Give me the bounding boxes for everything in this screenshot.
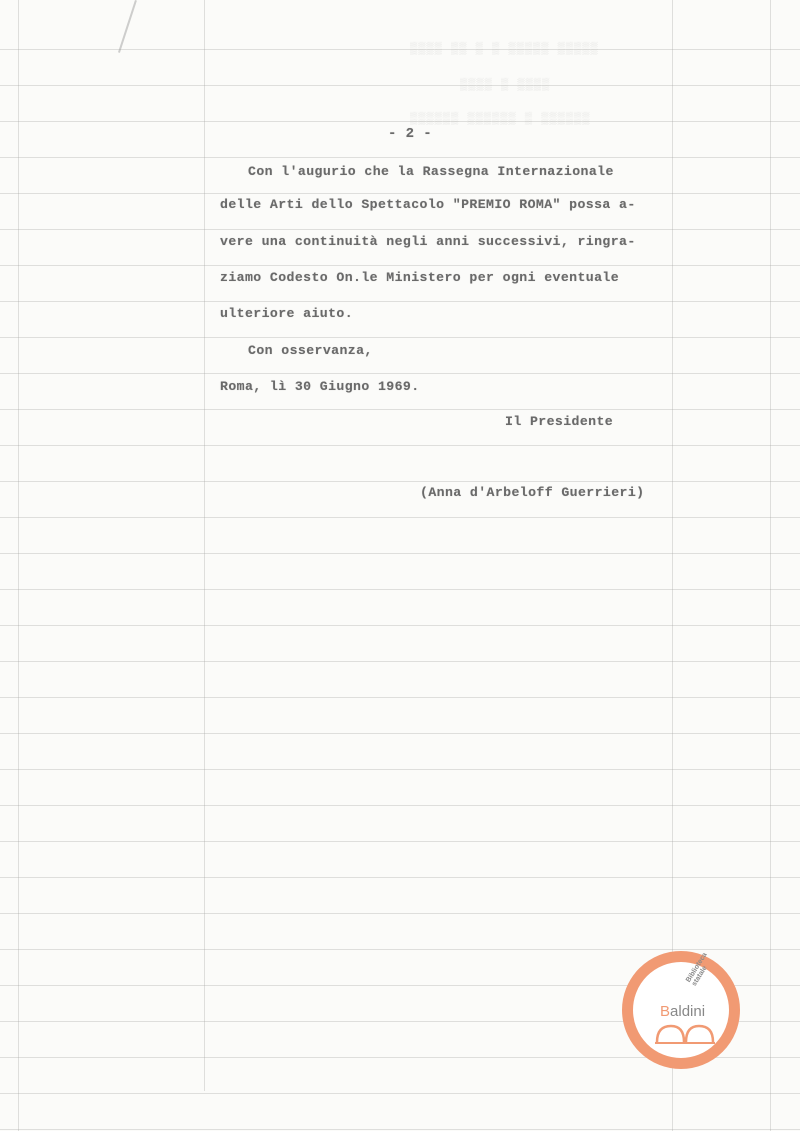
body-line: delle Arti dello Spettacolo "PREMIO ROMA… bbox=[220, 197, 636, 212]
bleed-through-text: ▒▒▒▒ ▒▒ ▒ ▒ ▒▒▒▒▒ ▒▒▒▒▒ bbox=[410, 42, 599, 56]
body-line: vere una continuità negli anni successiv… bbox=[220, 234, 636, 249]
open-book-icon bbox=[655, 1022, 715, 1044]
signature-title: Il Presidente bbox=[505, 414, 613, 429]
bleed-through-text: ▒▒▒▒ ▒ ▒▒▒▒ bbox=[460, 78, 550, 92]
closing-salutation: Con osservanza, bbox=[248, 343, 373, 358]
signature-name: (Anna d'Arbeloff Guerrieri) bbox=[420, 485, 644, 500]
logo-name: Baldini bbox=[660, 1003, 705, 1020]
ruled-margin-line bbox=[18, 0, 19, 1131]
library-watermark-logo: Biblioteca statale Baldini bbox=[622, 951, 740, 1069]
ruled-margin-line bbox=[770, 0, 771, 1131]
place-date: Roma, lì 30 Giugno 1969. bbox=[220, 379, 420, 394]
body-line: ulteriore aiuto. bbox=[220, 306, 353, 321]
scanned-page: ▒▒▒▒ ▒▒ ▒ ▒ ▒▒▒▒▒ ▒▒▒▒▒ ▒▒▒▒ ▒ ▒▒▒▒ ▒▒▒▒… bbox=[0, 0, 800, 1131]
body-line: ziamo Codesto On.le Ministero per ogni e… bbox=[220, 270, 619, 285]
ruled-margin-line bbox=[204, 0, 205, 1091]
paper-scratch bbox=[118, 0, 137, 53]
body-line: Con l'augurio che la Rassegna Internazio… bbox=[248, 164, 614, 179]
bleed-through-text: ▒▒▒▒▒▒ ▒▒▒▒▒▒ ▒ ▒▒▒▒▒▒ bbox=[410, 112, 590, 126]
page-number: - 2 - bbox=[388, 126, 432, 142]
logo-subtitle: Biblioteca statale bbox=[685, 952, 715, 988]
